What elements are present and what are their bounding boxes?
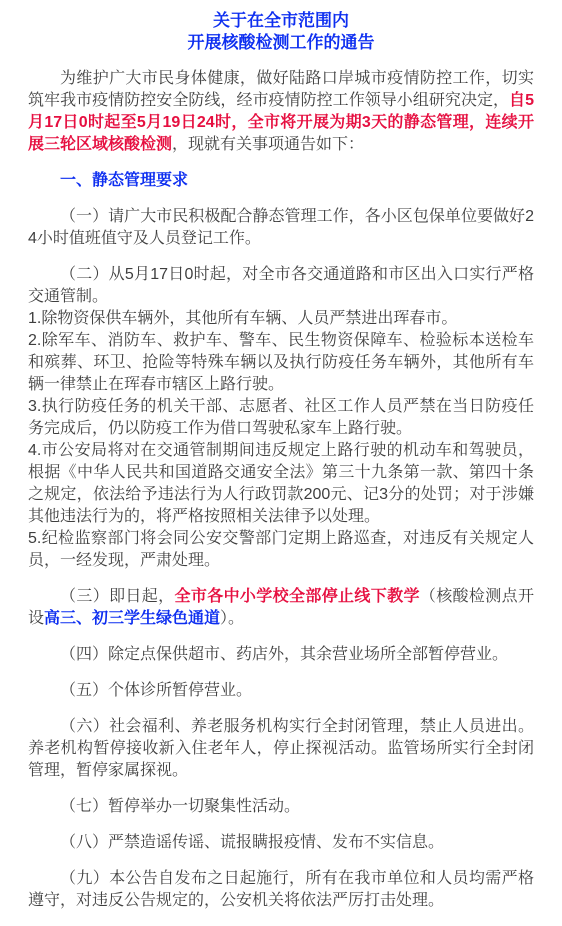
section-1-heading: 一、静态管理要求 — [28, 170, 534, 192]
body-text: 2.除军车、消防车、救护车、警车、民生物资保障车、检验标本送检车和殡葬、环卫、抢… — [28, 332, 534, 393]
paragraph: 为维护广大市民身体健康，做好陆路口岸城市疫情防控工作，切实筑牢我市疫情防控安全防… — [28, 68, 534, 156]
document-body: 为维护广大市民身体健康，做好陆路口岸城市疫情防控工作，切实筑牢我市疫情防控安全防… — [28, 68, 534, 912]
paragraph: （三）即日起，全市各中小学校全部停止线下教学（核酸检测点开设高三、初三学生绿色通… — [28, 586, 534, 630]
body-text: 4.市公安局将对在交通管制期间违反规定上路行驶的机动车和驾驶员，根据《中华人民共… — [28, 442, 534, 525]
page-title-line-1: 关于在全市范围内 — [28, 10, 534, 32]
clause-8: （八）严禁造谣传谣、谎报瞒报疫情、发布不实信息。 — [28, 832, 534, 854]
intro-paragraph: 为维护广大市民身体健康，做好陆路口岸城市疫情防控工作，切实筑牢我市疫情防控安全防… — [28, 68, 534, 156]
body-text: （三）即日起， — [60, 588, 175, 605]
page-title: 关于在全市范围内 开展核酸检测工作的通告 — [28, 10, 534, 54]
paragraph: （二）从5月17日0时起，对全市各交通道路和市区出入口实行严格交通管制。 — [28, 264, 534, 308]
notice-document: 关于在全市范围内 开展核酸检测工作的通告 为维护广大市民身体健康，做好陆路口岸城… — [0, 0, 562, 926]
body-text: 3.执行防疫任务的机关干部、志愿者、社区工作人员严禁在当日防疫任务完成后，仍以防… — [28, 398, 534, 437]
clause-4: （四）除定点保供超市、药店外，其余营业场所全部暂停营业。 — [28, 644, 534, 666]
emphasis-blue-text: 高三、初三学生绿色通道 — [44, 610, 220, 627]
body-text: （六）社会福利、养老服务机构实行全封闭管理，禁止人员进出。养老机构暂停接收新入住… — [28, 718, 534, 779]
paragraph: （一）请广大市民积极配合静态管理工作，各小区包保单位要做好24小时值班值守及人员… — [28, 206, 534, 250]
clause-5: （五）个体诊所暂停营业。 — [28, 680, 534, 702]
emphasis-blue-text: 一、静态管理要求 — [60, 172, 188, 189]
body-text: （八）严禁造谣传谣、谎报瞒报疫情、发布不实信息。 — [60, 834, 444, 851]
paragraph: 3.执行防疫任务的机关干部、志愿者、社区工作人员严禁在当日防疫任务完成后，仍以防… — [28, 396, 534, 440]
paragraph: （九）本公告自发布之日起施行，所有在我市单位和人员均需严格遵守，对违反公告规定的… — [28, 868, 534, 912]
clause-9: （九）本公告自发布之日起施行，所有在我市单位和人员均需严格遵守，对违反公告规定的… — [28, 868, 534, 912]
paragraph: 5.纪检监察部门将会同公安交警部门定期上路巡查，对违反有关规定人员，一经发现，严… — [28, 528, 534, 572]
body-text: （七）暂停举办一切聚集性活动。 — [60, 798, 300, 815]
paragraph: 一、静态管理要求 — [28, 170, 534, 192]
body-text: ）。 — [220, 610, 244, 627]
clause-1: （一）请广大市民积极配合静态管理工作，各小区包保单位要做好24小时值班值守及人员… — [28, 206, 534, 250]
paragraph: （五）个体诊所暂停营业。 — [28, 680, 534, 702]
body-text: （一）请广大市民积极配合静态管理工作，各小区包保单位要做好24小时值班值守及人员… — [28, 208, 534, 247]
emphasis-red-text: 全市各中小学校全部停止线下教学 — [175, 588, 420, 605]
body-text: 5.纪检监察部门将会同公安交警部门定期上路巡查，对违反有关规定人员，一经发现，严… — [28, 530, 534, 569]
paragraph: （四）除定点保供超市、药店外，其余营业场所全部暂停营业。 — [28, 644, 534, 666]
clause-7: （七）暂停举办一切聚集性活动。 — [28, 796, 534, 818]
body-text: （九）本公告自发布之日起施行，所有在我市单位和人员均需严格遵守，对违反公告规定的… — [28, 870, 534, 909]
body-text: ，现就有关事项通告如下： — [172, 136, 364, 153]
page-title-line-2: 开展核酸检测工作的通告 — [28, 32, 534, 54]
paragraph: 1.除物资保供车辆外，其他所有车辆、人员严禁进出珲春市。 — [28, 308, 534, 330]
clause-6: （六）社会福利、养老服务机构实行全封闭管理，禁止人员进出。养老机构暂停接收新入住… — [28, 716, 534, 782]
paragraph: （八）严禁造谣传谣、谎报瞒报疫情、发布不实信息。 — [28, 832, 534, 854]
body-text: （四）除定点保供超市、药店外，其余营业场所全部暂停营业。 — [60, 646, 508, 663]
clause-3: （三）即日起，全市各中小学校全部停止线下教学（核酸检测点开设高三、初三学生绿色通… — [28, 586, 534, 630]
clause-2: （二）从5月17日0时起，对全市各交通道路和市区出入口实行严格交通管制。1.除物… — [28, 264, 534, 572]
paragraph: （六）社会福利、养老服务机构实行全封闭管理，禁止人员进出。养老机构暂停接收新入住… — [28, 716, 534, 782]
paragraph: （七）暂停举办一切聚集性活动。 — [28, 796, 534, 818]
paragraph: 2.除军车、消防车、救护车、警车、民生物资保障车、检验标本送检车和殡葬、环卫、抢… — [28, 330, 534, 396]
body-text: 1.除物资保供车辆外，其他所有车辆、人员严禁进出珲春市。 — [28, 310, 457, 327]
paragraph: 4.市公安局将对在交通管制期间违反规定上路行驶的机动车和驾驶员，根据《中华人民共… — [28, 440, 534, 528]
body-text: （五）个体诊所暂停营业。 — [60, 682, 252, 699]
body-text: 为维护广大市民身体健康，做好陆路口岸城市疫情防控工作，切实筑牢我市疫情防控安全防… — [28, 70, 534, 109]
body-text: （二）从5月17日0时起，对全市各交通道路和市区出入口实行严格交通管制。 — [28, 266, 534, 305]
